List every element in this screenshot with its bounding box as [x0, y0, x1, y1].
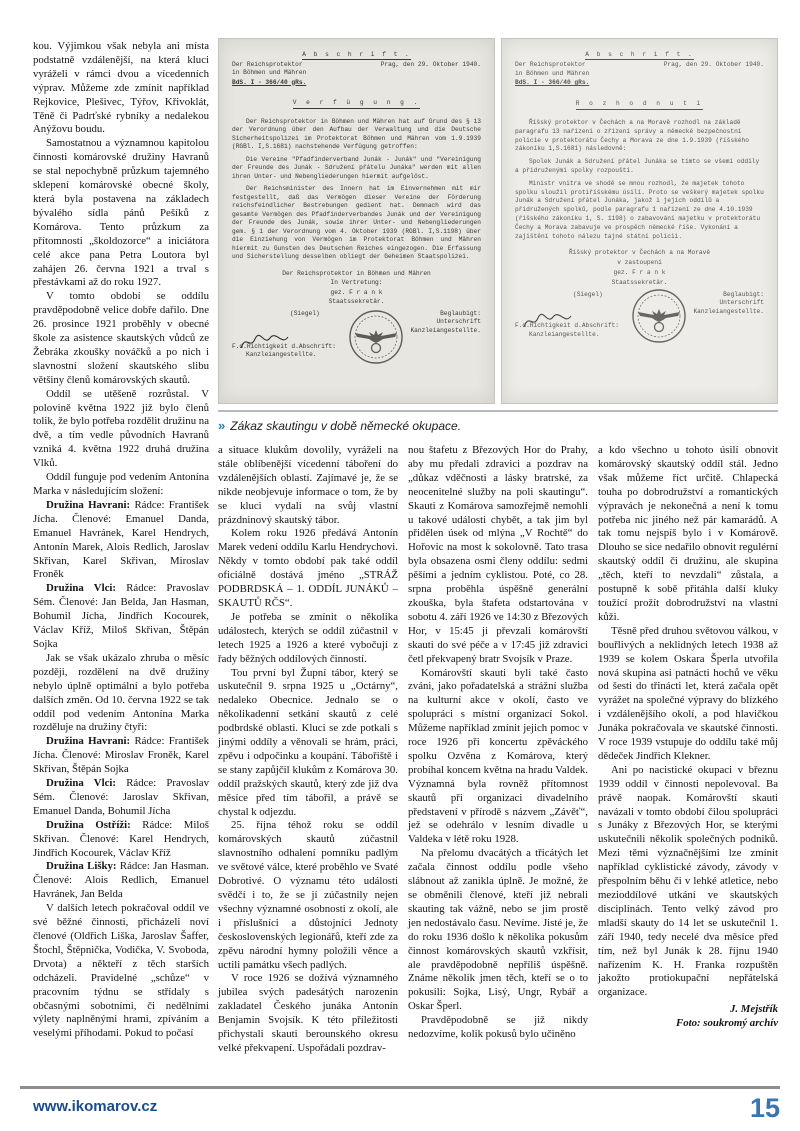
doc-heading: A b s c h r i f t . [515, 51, 764, 60]
signature-line: v zastoupení [515, 259, 764, 268]
doc-sender2: in Böhmen und Mähren [232, 69, 481, 78]
paragraph: Družina Vlci: Rádce: Pravoslav Sém. Člen… [33, 582, 209, 652]
right-area: A b s c h r i f t . Der Reichsprotektor … [218, 38, 778, 1056]
doc-heading: A b s c h r i f t . [232, 51, 481, 60]
paragraph: Oddíl se utěšeně rozrůstal. V polovině k… [33, 388, 209, 471]
paragraph: Těsně před druhou světovou válkou, v bou… [598, 625, 778, 764]
signature-line: Staatssekretär. [515, 279, 764, 288]
photo-credit: Foto: soukromý archív [598, 1016, 778, 1030]
beglaubigt-line: Kanzleiangestellte. [410, 327, 481, 336]
doc-paragraph: Der Reichsminister des Innern hat im Ein… [232, 185, 481, 262]
doc-paragraph: Spolek Junák a Sdružení přátel Junáka se… [515, 158, 764, 176]
doc-body: Říšský protektor v Čechách a na Moravě r… [515, 119, 764, 241]
signature-line: Staatssekretär. [232, 298, 481, 307]
doc-headrow: Der Reichsprotektor Prag, den 29. Oktobe… [232, 61, 481, 70]
magazine-page: kou. Výjimkou však nebyla ani místa pods… [0, 0, 800, 1131]
paragraph: V tomto období se oddílu pravděpodobně v… [33, 290, 209, 387]
paragraph: nou štafetu z Březových Hor do Prahy, ab… [408, 444, 588, 667]
page-number: 15 [750, 1093, 780, 1124]
byline-author: J. Mejstřík [598, 1002, 778, 1016]
paragraph: Družina Havrani: Rádce: František Jícha.… [33, 735, 209, 777]
doc-title: R o z h o d n u t í [515, 100, 764, 109]
signature-icon [521, 311, 573, 331]
beglaubigt-line: Beglaubigt: [693, 291, 764, 300]
doc-reference: BdS. I - 366/40 gRs. [515, 79, 764, 88]
article-column-2: a situace klukům dovolily, vyráželi na s… [218, 444, 398, 1056]
article-column-4-wrap: a kdo všechno u tohoto úsilí obnovit kom… [598, 444, 778, 1056]
beglaubigt-line: Kanzleiangestellte. [693, 308, 764, 317]
article-column-4: a kdo všechno u tohoto úsilí obnovit kom… [598, 444, 778, 1000]
paragraph: V dalších letech pokračoval oddíl ve své… [33, 902, 209, 1041]
paragraph: Pravděpodobně se již nikdy nedozvíme, ko… [408, 1014, 588, 1042]
beglaubigt-line: Beglaubigt: [410, 310, 481, 319]
paragraph: Družina Ostříži: Rádce: Miloš Skřivan. Č… [33, 819, 209, 861]
doc-signature-block: Říšský protektor v Čechách a na Moravěv … [515, 249, 764, 345]
doc-date: Prag, den 29. Oktober 1940. [664, 61, 764, 70]
scan-verfuegung: A b s c h r i f t . Der Reichsprotektor … [218, 38, 495, 404]
paragraph: a situace klukům dovolily, vyráželi na s… [218, 444, 398, 527]
doc-paragraph: Říšský protektor v Čechách a na Moravě r… [515, 119, 764, 154]
paragraph: a kdo všechno u tohoto úsilí obnovit kom… [598, 444, 778, 625]
caption-text: Zákaz skautingu v době německé okupace. [230, 419, 461, 433]
siegel-label: (Siegel) [573, 291, 603, 317]
byline: J. Mejstřík Foto: soukromý archív [598, 1002, 778, 1030]
paragraph: Družina Havrani: Rádce: František Jícha.… [33, 499, 209, 582]
doc-sender: Der Reichsprotektor [232, 61, 303, 70]
photo-caption: »Zákaz skautingu v době německé okupace. [218, 410, 778, 435]
scan-rozhodnuti: A b s c h r i f t . Der Reichsprotektor … [501, 38, 778, 404]
signature-line: gez. F r a n k [515, 269, 764, 278]
paragraph: V roce 1926 se dožívá významného jubilea… [218, 972, 398, 1055]
eagle-stamp-icon [347, 308, 405, 366]
doc-date: Prag, den 29. Oktober 1940. [381, 61, 481, 70]
paragraph: Komárovští skauti byli také často zváni,… [408, 667, 588, 848]
paragraph: 25. října téhož roku se oddíl komárovský… [218, 819, 398, 972]
doc-reference: BdS. I - 366/40 gRs. [232, 79, 481, 88]
paragraph: Kolem roku 1926 předává Antonín Marek ve… [218, 527, 398, 610]
signature-line: Říšský protektor v Čechách a na Moravě [515, 249, 764, 258]
doc-body: Der Reichsprotektor in Böhmen und Mähren… [232, 118, 481, 262]
signature-line: In Vertretung: [232, 279, 481, 288]
paragraph: Družina Lišky: Rádce: Jan Hasman. Členov… [33, 860, 209, 902]
paragraph: Tou první byl Župní tábor, který se usku… [218, 667, 398, 820]
doc-headrow: Der Reichsprotektor Prag, den 29. Oktobe… [515, 61, 764, 70]
paragraph: Na přelomu dvacátých a třicátých let zač… [408, 847, 588, 1014]
doc-paragraph: Ministr vnitra ve shodě se mnou rozhodl,… [515, 180, 764, 242]
signature-line: gez. F r a n k [232, 289, 481, 298]
signature-icon [238, 332, 290, 352]
paragraph: Oddíl funguje pod vedením Antonína Marka… [33, 471, 209, 499]
beglaubigt-line: Unterschrift [410, 318, 481, 327]
beglaubigt-line: Unterschrift [693, 299, 764, 308]
doc-signature-block: Der Reichsprotektor in Böhmen und Mähren… [232, 270, 481, 366]
doc-sender2: in Böhmen und Mähren [515, 70, 764, 79]
article-column-3: nou štafetu z Březových Hor do Prahy, ab… [408, 444, 588, 1056]
paragraph: Ani po nacistické okupaci v březnu 1939 … [598, 764, 778, 1000]
paragraph: Družina Vlci: Rádce: Pravoslav Sém. Člen… [33, 777, 209, 819]
website-link[interactable]: www.ikomarov.cz [33, 1098, 157, 1115]
eagle-stamp-icon [630, 287, 688, 345]
paragraph: kou. Výjimkou však nebyla ani místa pods… [33, 40, 209, 137]
doc-sender: Der Reichsprotektor [515, 61, 586, 70]
siegel-label: (Siegel) [290, 310, 320, 336]
signature-line: Der Reichsprotektor in Böhmen und Mähren [232, 270, 481, 279]
document-scans: A b s c h r i f t . Der Reichsprotektor … [218, 38, 778, 404]
page-footer: www.ikomarov.cz 15 [20, 1086, 780, 1089]
paragraph: Jak se však ukázalo zhruba o měsíc pozdě… [33, 652, 209, 735]
doc-title: V e r f ü g u n g . [232, 99, 481, 108]
doc-paragraph: Der Reichsprotektor in Böhmen und Mähren… [232, 118, 481, 152]
caption-marker-icon: » [218, 418, 225, 433]
article-column-1: kou. Výjimkou však nebyla ani místa pods… [33, 40, 209, 1041]
paragraph: Samostatnou a významnou kapitolou činnos… [33, 137, 209, 290]
paragraph: Je potřeba se zmínit o několika událoste… [218, 611, 398, 667]
article-columns: a situace klukům dovolily, vyráželi na s… [218, 444, 778, 1056]
doc-paragraph: Die Vereine "Pfadfinderverband Junák - J… [232, 156, 481, 182]
